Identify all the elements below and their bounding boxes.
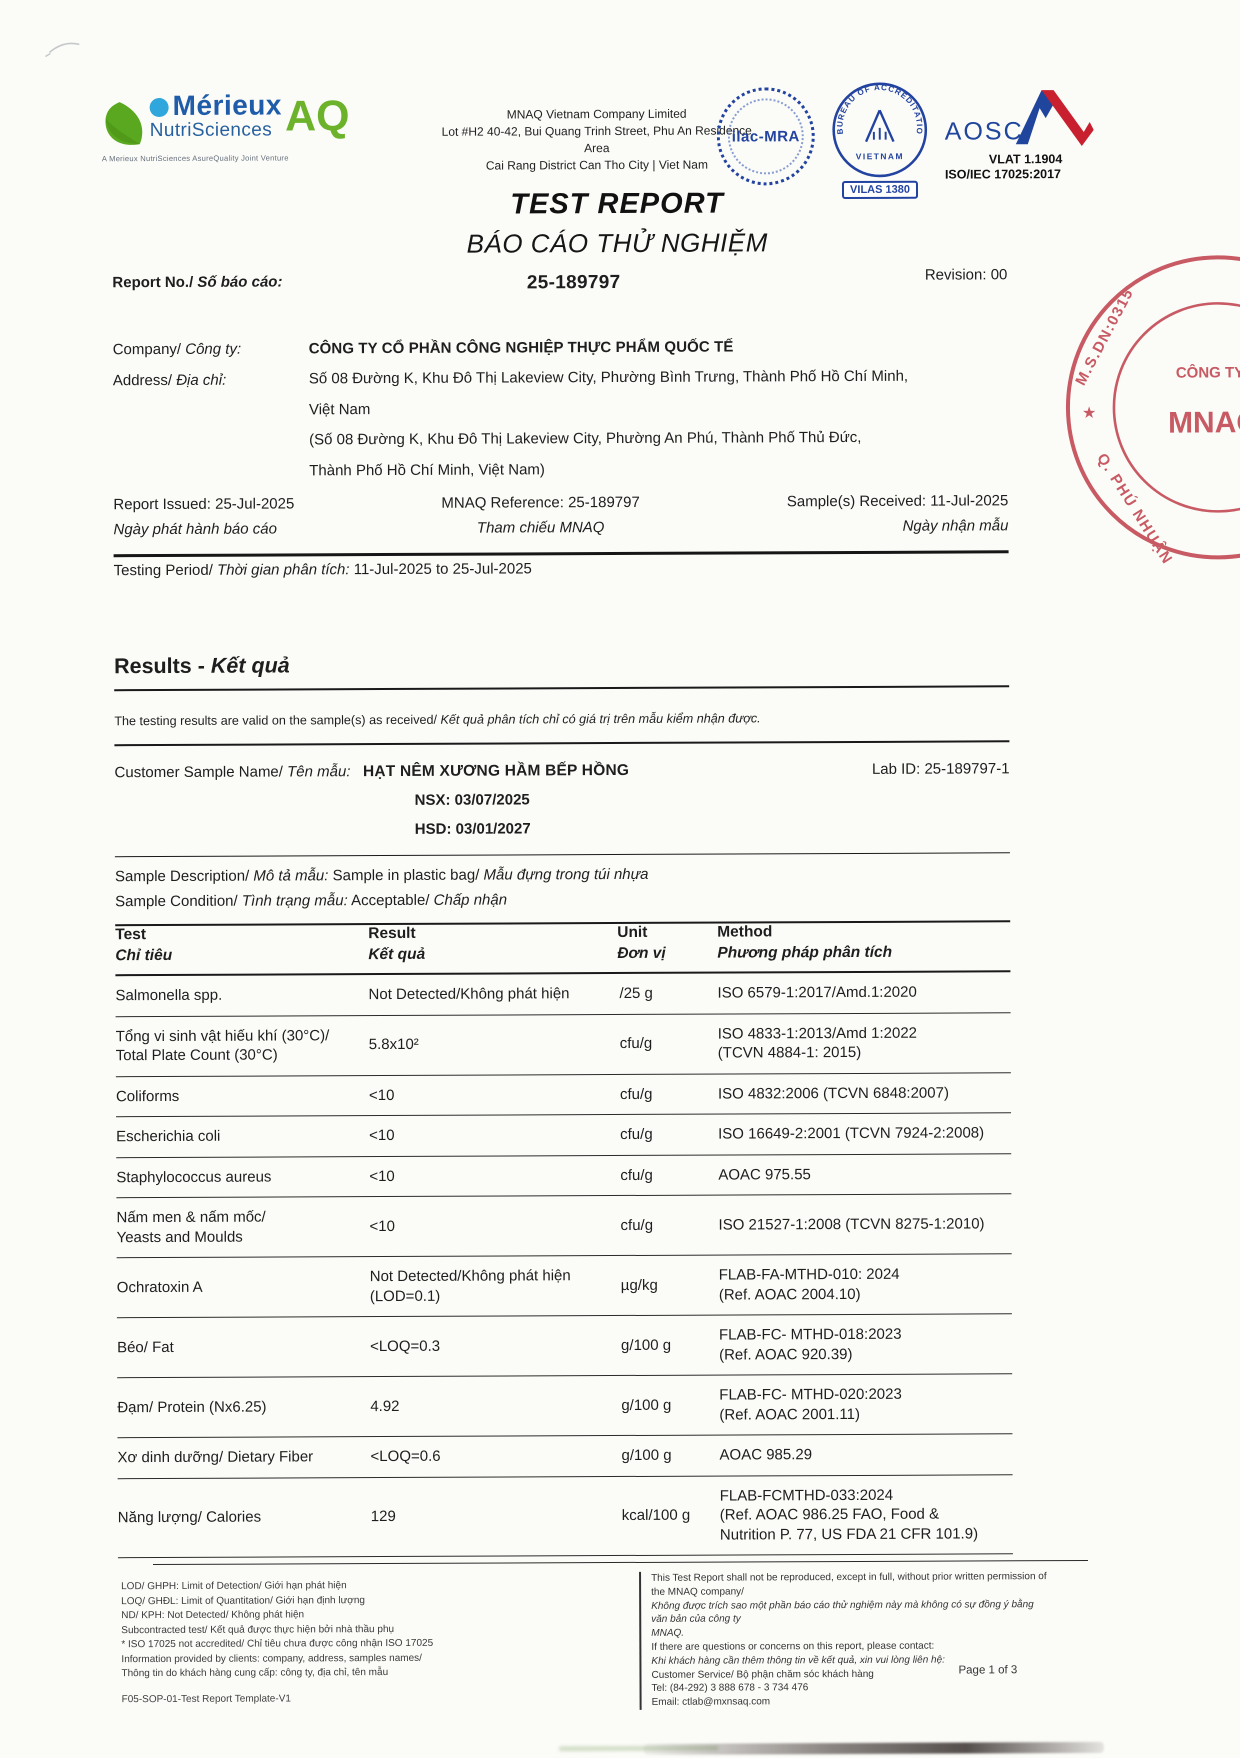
sample-block: Customer Sample Name/ Tên mẫu: HẠT NÊM X… bbox=[114, 758, 1009, 857]
cell-unit: kcal/100 g bbox=[620, 1506, 720, 1526]
cell-unit: g/100 g bbox=[619, 1335, 719, 1355]
footnote-line: Thông tin do khách hàng cung cấp: công t… bbox=[121, 1665, 591, 1682]
bureau-of-accreditation-seal: BUREAU OF ACCREDITATION VIETNAM VILAS 13… bbox=[831, 81, 930, 199]
lab-address-line: Lot #H2 40-42, Bui Quang Trinh Street, P… bbox=[432, 122, 762, 157]
cell-method: AOAC 975.55 bbox=[718, 1164, 1011, 1185]
logo-brand-bottom: NutriSciences bbox=[150, 120, 282, 140]
cell-test: Coliforms bbox=[116, 1086, 369, 1107]
report-issued: Report Issued: 25-Jul-2025 Ngày phát hàn… bbox=[113, 491, 294, 542]
address-line: Thành Phố Hồ Chí Minh, Việt Nam) bbox=[309, 453, 1008, 487]
results-table-header: TestChỉ tiêu ResultKết quả UnitĐơn vị Me… bbox=[115, 912, 1010, 976]
table-row: Béo/ Fat<LOQ=0.3g/100 gFLAB-FC- MTHD-018… bbox=[117, 1314, 1012, 1378]
header-test: TestChỉ tiêu bbox=[115, 923, 368, 966]
isoiec-text: ISO/IEC 17025:2017 bbox=[945, 167, 1061, 183]
table-row: Nấm men & nấm mốc/Yeasts and Moulds<10cf… bbox=[116, 1194, 1011, 1258]
cell-test: Năng lượng/ Calories bbox=[118, 1507, 371, 1528]
cell-test: Staphylococcus aureus bbox=[116, 1167, 369, 1188]
disclaimer-block: This Test Report shall not be reproduced… bbox=[639, 1570, 1052, 1710]
table-row: Tổng vi sinh vật hiếu khí (30°C)/Total P… bbox=[116, 1013, 1011, 1077]
scan-edge-artifact bbox=[644, 1742, 1104, 1755]
sample-condition-line: Sample Condition/ Tình trạng mẫu: Accept… bbox=[115, 885, 1010, 914]
table-row: Năng lượng/ Calories129kcal/100 gFLAB-FC… bbox=[118, 1475, 1013, 1558]
results-table: TestChỉ tiêu ResultKết quả UnitĐơn vị Me… bbox=[115, 912, 1013, 1558]
cell-test: Escherichia coli bbox=[116, 1126, 369, 1147]
testing-period: Testing Period/ Thời gian phân tích: 11-… bbox=[114, 558, 1009, 579]
table-row: Escherichia coli<10cfu/gISO 16649-2:2001… bbox=[116, 1113, 1011, 1157]
header-method: MethodPhương pháp phân tích bbox=[717, 920, 1010, 963]
cell-unit: cfu/g bbox=[618, 1084, 718, 1104]
lab-id: Lab ID: 25-189797-1 bbox=[872, 758, 1010, 781]
report-meta-row: Report No./ Số báo cáo: 25-189797 Revisi… bbox=[112, 270, 1007, 296]
lab-address-line: Cai Rang District Can Tho City | Viet Na… bbox=[432, 156, 762, 174]
cell-result: <LOQ=0.6 bbox=[370, 1446, 619, 1467]
cell-test: Salmonella spp. bbox=[115, 985, 368, 1006]
report-no-label: Report No./ Số báo cáo: bbox=[112, 273, 282, 291]
validity-note: The testing results are valid on the sam… bbox=[114, 710, 1009, 746]
sample-nsx: NSX: 03/07/2025 bbox=[415, 787, 1010, 812]
company-name: CÔNG TY CỔ PHẦN CÔNG NGHIỆP THỰC PHẨM QU… bbox=[309, 330, 1008, 364]
results-table-body: Salmonella spp.Not Detected/Không phát h… bbox=[115, 972, 1013, 1558]
logo-dot-icon bbox=[150, 97, 169, 116]
report-number: 25-189797 bbox=[527, 272, 621, 294]
cell-unit: /25 g bbox=[617, 984, 717, 1004]
cell-test: Đạm/ Protein (Nx6.25) bbox=[117, 1397, 370, 1418]
address-line: Số 08 Đường K, Khu Đô Thị Lakeview City,… bbox=[309, 361, 1008, 395]
disclaimer-line: This Test Report shall not be reproduced… bbox=[651, 1570, 1051, 1599]
results-heading: Results - Kết quả bbox=[114, 650, 1009, 691]
cell-method: ISO 4833-1:2013/Amd 1:2022(TCVN 4884-1: … bbox=[718, 1023, 1011, 1063]
table-row: Salmonella spp.Not Detected/Không phát h… bbox=[115, 972, 1010, 1016]
cell-result: Not Detected/Không phát hiện(LOD=0.1) bbox=[370, 1266, 619, 1306]
stamp-center-line1: CÔNG TY bbox=[1176, 363, 1240, 381]
report-title-vi: BÁO CÁO THỬ NGHIỆM bbox=[0, 225, 1237, 261]
cell-test: Xơ dinh dưỡng/ Dietary Fiber bbox=[117, 1447, 370, 1468]
aosc-label: AOSC bbox=[945, 117, 1024, 146]
issue-row: Report Issued: 25-Jul-2025 Ngày phát hàn… bbox=[113, 488, 1008, 557]
logo-brand-top: Mérieux bbox=[173, 91, 282, 119]
logo-aq: AQ bbox=[285, 97, 350, 136]
footer-rule bbox=[153, 1560, 1088, 1565]
lab-address-block: MNAQ Vietnam Company LimitedLot #H2 40-4… bbox=[432, 105, 762, 174]
accreditation-marks: ilac-MRA BUREAU OF ACCREDITATION VIETNAM… bbox=[717, 78, 1094, 200]
boa-top-text: BUREAU OF ACCREDITATION bbox=[831, 81, 925, 136]
sample-name-line: Customer Sample Name/ Tên mẫu: HẠT NÊM X… bbox=[114, 760, 629, 784]
cell-result: 4.92 bbox=[370, 1396, 619, 1417]
table-row: Xơ dinh dưỡng/ Dietary Fiber<LOQ=0.6g/10… bbox=[117, 1434, 1012, 1478]
table-row: Coliforms<10cfu/gISO 4832:2006 (TCVN 684… bbox=[116, 1073, 1011, 1117]
cell-method: ISO 4832:2006 (TCVN 6848:2007) bbox=[718, 1083, 1011, 1104]
scanned-report-page: Mérieux NutriSciences AQ A Merieux Nutri… bbox=[0, 0, 1240, 1755]
boa-bottom-text: VIETNAM bbox=[856, 151, 904, 161]
stamp-ring-star: ★ bbox=[1082, 405, 1096, 422]
cell-result: <10 bbox=[369, 1125, 618, 1146]
address-line: Việt Nam bbox=[309, 392, 1008, 426]
cell-test: Nấm men & nấm mốc/Yeasts and Moulds bbox=[116, 1207, 369, 1247]
cell-result: <10 bbox=[369, 1166, 618, 1187]
address-lines: Số 08 Đường K, Khu Đô Thị Lakeview City,… bbox=[309, 361, 1009, 486]
vlat-text: VLAT 1.1904 bbox=[989, 152, 1062, 167]
company-label: Company/ Công ty: bbox=[113, 333, 309, 365]
cell-method: FLAB-FA-MTHD-010: 2024(Ref. AOAC 2004.10… bbox=[719, 1264, 1012, 1304]
form-code: F05-SOP-01-Test Report Template-V1 bbox=[122, 1693, 291, 1705]
merieux-nutrisciences-logo: Mérieux NutriSciences AQ A Merieux Nutri… bbox=[102, 91, 352, 163]
cell-result: 129 bbox=[371, 1506, 620, 1527]
cell-result: <10 bbox=[369, 1216, 618, 1237]
svg-text:BUREAU OF ACCREDITATION: BUREAU OF ACCREDITATION bbox=[831, 81, 925, 136]
address-line: (Số 08 Đường K, Khu Đô Thị Lakeview City… bbox=[309, 422, 1008, 456]
sample-name: HẠT NÊM XƯƠNG HẦM BẾP HỒNG bbox=[363, 762, 629, 780]
samples-received: Sample(s) Received: 11-Jul-2025 Ngày nhậ… bbox=[787, 488, 1009, 539]
cell-test: Tổng vi sinh vật hiếu khí (30°C)/Total P… bbox=[116, 1026, 369, 1066]
boa-seal-icon: BUREAU OF ACCREDITATION VIETNAM bbox=[831, 81, 929, 179]
ilac-mra-seal: ilac-MRA bbox=[717, 87, 815, 185]
revision: Revision: 00 bbox=[925, 266, 1008, 283]
cell-result: 5.8x10² bbox=[369, 1034, 618, 1055]
header-result: ResultKết quả bbox=[368, 922, 617, 965]
ilac-mra-label: ilac-MRA bbox=[732, 128, 800, 145]
cell-method: AOAC 985.29 bbox=[719, 1444, 1012, 1465]
table-row: Staphylococcus aureus<10cfu/gAOAC 975.55 bbox=[116, 1154, 1011, 1198]
cell-method: ISO 21527-1:2008 (TCVN 8275-1:2010) bbox=[718, 1214, 1011, 1235]
cell-unit: µg/kg bbox=[619, 1275, 719, 1295]
lab-address-line: MNAQ Vietnam Company Limited bbox=[432, 105, 762, 123]
stamp-ring-top: M.S.DN:0315 bbox=[1072, 285, 1137, 388]
cell-unit: cfu/g bbox=[618, 1034, 718, 1054]
sample-hsd: HSD: 03/01/2027 bbox=[415, 816, 1010, 841]
cell-method: FLAB-FC- MTHD-020:2023(Ref. AOAC 2001.11… bbox=[719, 1384, 1012, 1424]
disclaimer-line: Không được trích sao một phần báo cáo th… bbox=[651, 1598, 1051, 1627]
customer-block: Company/ Công ty: CÔNG TY CỔ PHẦN CÔNG N… bbox=[113, 330, 1009, 487]
cell-result: <LOQ=0.3 bbox=[370, 1336, 619, 1357]
leaf-icon bbox=[102, 92, 148, 150]
cell-result: Not Detected/Không phát hiện bbox=[368, 984, 617, 1005]
cell-method: FLAB-FCMTHD-033:2024(Ref. AOAC 986.25 FA… bbox=[720, 1485, 1013, 1545]
logo-tagline: A Merieux NutriSciences AsureQuality Joi… bbox=[102, 153, 352, 163]
mnaq-reference: MNAQ Reference: 25-189797 Tham chiếu MNA… bbox=[441, 490, 640, 541]
page-number: Page 1 of 3 bbox=[958, 1664, 1017, 1676]
cell-unit: g/100 g bbox=[619, 1446, 719, 1466]
aosc-mark: AOSC VLAT 1.1904 ISO/IEC 17025:2017 bbox=[945, 80, 1094, 183]
sample-description-line: Sample Description/ Mô tả mẫu: Sample in… bbox=[115, 860, 1010, 889]
pencil-mark-artifact bbox=[41, 30, 91, 60]
cell-result: <10 bbox=[369, 1085, 618, 1106]
header-unit: UnitĐơn vị bbox=[617, 922, 717, 964]
cell-unit: cfu/g bbox=[618, 1215, 718, 1235]
title-block: TEST REPORT BÁO CÁO THỬ NGHIỆM bbox=[0, 185, 1237, 261]
company-stamp: M.S.DN:0315 ★ Q. PHÚ NHUẬN CÔNG TY MNAQ bbox=[1055, 247, 1240, 568]
table-row: Ochratoxin ANot Detected/Không phát hiện… bbox=[117, 1254, 1012, 1318]
cell-test: Béo/ Fat bbox=[117, 1337, 370, 1358]
table-row: Đạm/ Protein (Nx6.25)4.92g/100 gFLAB-FC-… bbox=[117, 1374, 1012, 1438]
cell-test: Ochratoxin A bbox=[117, 1277, 370, 1298]
cell-method: ISO 6579-1:2017/Amd.1:2020 bbox=[717, 982, 1010, 1003]
cell-unit: cfu/g bbox=[618, 1165, 718, 1185]
cell-method: FLAB-FC- MTHD-018:2023(Ref. AOAC 920.39) bbox=[719, 1324, 1012, 1364]
report-title-en: TEST REPORT bbox=[0, 185, 1237, 223]
cell-unit: g/100 g bbox=[619, 1395, 719, 1415]
stamp-center-line2: MNAQ bbox=[1168, 406, 1240, 439]
disclaimer-line: Email: ctlab@mxnsaq.com bbox=[652, 1694, 1052, 1710]
cell-method: ISO 16649-2:2001 (TCVN 7924-2:2008) bbox=[718, 1123, 1011, 1144]
address-label: Address/ Địa chỉ: bbox=[113, 364, 310, 487]
footnotes: LOD/ GHPH: Limit of Detection/ Giới hạn … bbox=[121, 1578, 591, 1682]
cell-unit: cfu/g bbox=[618, 1125, 718, 1145]
